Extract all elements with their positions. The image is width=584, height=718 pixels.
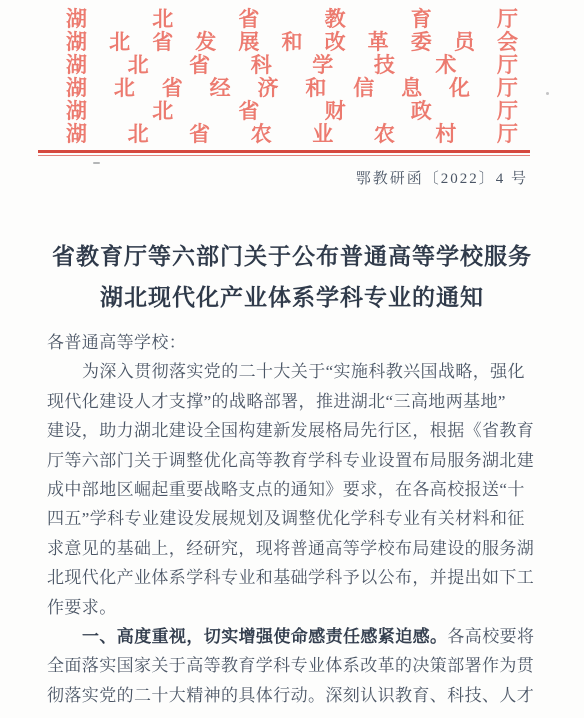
letterhead-char: 员 <box>454 31 475 54</box>
letterhead-char: 科 <box>251 54 272 77</box>
letterhead-char: 农 <box>374 123 395 146</box>
letterhead-char: 和 <box>281 31 302 54</box>
red-divider-thin <box>38 155 530 156</box>
letterhead-char: 省 <box>238 8 259 31</box>
body-line: 现代化建设人才支撑”的战略部署，推进湖北“三高地两基地” <box>47 387 537 416</box>
body-line: 作要求。 <box>47 593 537 622</box>
body-text: 作要求。 <box>47 598 117 617</box>
letterhead-char: 北 <box>114 77 135 100</box>
body-text: 成中部地区崛起重要战略支点的通知》要求，在各高校报送“十 <box>47 480 525 499</box>
body-text: 各普通高等学校： <box>47 333 186 352</box>
letterhead-char: 湖 <box>66 77 87 100</box>
letterhead-char: 湖 <box>66 54 87 77</box>
letterhead-char: 北 <box>128 54 149 77</box>
letterhead-char: 革 <box>368 31 389 54</box>
letterhead-char: 厅 <box>497 54 518 77</box>
letterhead-char: 湖 <box>66 100 87 123</box>
letterhead-char: 教 <box>325 8 346 31</box>
body-line: 北现代化产业体系学科专业和基础学科予以公布，并提出如下工 <box>47 563 537 592</box>
letterhead-char: 委 <box>411 31 432 54</box>
letterhead-char: 育 <box>411 8 432 31</box>
letterhead-char: 农 <box>251 123 272 146</box>
letterhead-agency-line: 湖北省教育厅 <box>66 8 518 31</box>
scanned-document-page: 湖北省教育厅湖北省发展和改革委员会湖北省科学技术厅湖北省经济和信息化厅湖北省财政… <box>0 0 584 718</box>
body-line: 求意见的基础上，经研究，现将普通高等学校布局建设的服务湖 <box>47 534 537 563</box>
body-line: 彻落实党的二十大精神的具体行动。深刻认识教育、科技、人才 <box>47 681 537 710</box>
scan-speck <box>546 92 549 95</box>
letterhead-char: 业 <box>312 123 333 146</box>
letterhead-agency-line: 湖北省发展和改革委员会 <box>66 31 518 54</box>
letterhead-char: 省 <box>189 54 210 77</box>
body-text: 建设，助力湖北建设全国构建新发展格局先行区，根据《省教育 <box>47 421 534 440</box>
document-body: 各普通高等学校：为深入贯彻落实党的二十大关于“实施科教兴国战略，强化现代化建设人… <box>47 328 537 710</box>
letterhead-char: 政 <box>411 100 432 123</box>
body-text: 厅等六部门关于调整优化高等教育学科专业设置布局服务湖北建 <box>47 451 534 470</box>
letterhead: 湖北省教育厅湖北省发展和改革委员会湖北省科学技术厅湖北省经济和信息化厅湖北省财政… <box>66 0 518 146</box>
letterhead-char: 湖 <box>66 31 87 54</box>
letterhead-char: 济 <box>258 77 279 100</box>
letterhead-char: 湖 <box>66 8 87 31</box>
letterhead-char: 改 <box>325 31 346 54</box>
letterhead-char: 和 <box>305 77 326 100</box>
body-line: 各普通高等学校： <box>47 328 537 357</box>
document-title-line-2: 湖北现代化产业体系学科专业的通知 <box>0 277 584 318</box>
letterhead-char: 村 <box>435 123 456 146</box>
letterhead-agency-line: 湖北省科学技术厅 <box>66 54 518 77</box>
letterhead-char: 术 <box>435 54 456 77</box>
body-text: 彻落实党的二十大精神的具体行动。深刻认识教育、科技、人才 <box>47 686 534 705</box>
body-text: 四五”学科专业建设发展规划及调整优化学科专业有关材料和征 <box>47 509 525 528</box>
letterhead-agency-line: 湖北省农业农村厅 <box>66 123 518 146</box>
body-text: 全面落实国家关于高等教育学科专业体系改革的决策部署作为贯 <box>47 656 534 675</box>
letterhead-char: 学 <box>312 54 333 77</box>
red-divider-line <box>38 150 530 156</box>
document-title: 省教育厅等六部门关于公布普通高等学校服务 湖北现代化产业体系学科专业的通知 <box>0 236 584 318</box>
letterhead-char: 财 <box>325 100 346 123</box>
letterhead-char: 北 <box>128 123 149 146</box>
letterhead-char: 厅 <box>497 77 518 100</box>
letterhead-char: 经 <box>210 77 231 100</box>
body-text: 北现代化产业体系学科专业和基础学科予以公布，并提出如下工 <box>47 568 534 587</box>
letterhead-char: 技 <box>374 54 395 77</box>
scan-speck <box>93 162 100 164</box>
body-line: 厅等六部门关于调整优化高等教育学科专业设置布局服务湖北建 <box>47 446 537 475</box>
body-line: 成中部地区崛起重要战略支点的通知》要求，在各高校报送“十 <box>47 475 537 504</box>
letterhead-char: 展 <box>238 31 259 54</box>
letterhead-char: 北 <box>109 31 130 54</box>
letterhead-char: 北 <box>152 8 173 31</box>
letterhead-char: 省 <box>152 31 173 54</box>
body-line: 四五”学科专业建设发展规划及调整优化学科专业有关材料和征 <box>47 504 537 533</box>
letterhead-char: 省 <box>162 77 183 100</box>
letterhead-agency-line: 湖北省经济和信息化厅 <box>66 77 518 100</box>
letterhead-agency-line: 湖北省财政厅 <box>66 100 518 123</box>
letterhead-char: 省 <box>238 100 259 123</box>
body-text: 各高校要将 <box>447 627 534 646</box>
letterhead-char: 息 <box>401 77 422 100</box>
body-text: 求意见的基础上，经研究，现将普通高等学校布局建设的服务湖 <box>47 539 534 558</box>
letterhead-char: 北 <box>152 100 173 123</box>
letterhead-char: 信 <box>353 77 374 100</box>
letterhead-char: 会 <box>497 31 518 54</box>
body-line: 建设，助力湖北建设全国构建新发展格局先行区，根据《省教育 <box>47 416 537 445</box>
letterhead-char: 化 <box>449 77 470 100</box>
body-line: 全面落实国家关于高等教育学科专业体系改革的决策部署作为贯 <box>47 651 537 680</box>
document-title-line-1: 省教育厅等六部门关于公布普通高等学校服务 <box>0 236 584 277</box>
document-number: 鄂教研函〔2022〕4 号 <box>0 169 584 189</box>
letterhead-char: 发 <box>195 31 216 54</box>
letterhead-char: 湖 <box>66 123 87 146</box>
letterhead-char: 省 <box>189 123 210 146</box>
bold-emphasis: 一、高度重视，切实增强使命感责任感紧迫感。 <box>82 627 447 646</box>
letterhead-char: 厅 <box>497 8 518 31</box>
body-text: 现代化建设人才支撑”的战略部署，推进湖北“三高地两基地” <box>47 392 506 411</box>
body-line: 为深入贯彻落实党的二十大关于“实施科教兴国战略，强化 <box>47 357 537 386</box>
body-line: 一、高度重视，切实增强使命感责任感紧迫感。各高校要将 <box>47 622 537 651</box>
body-text: 为深入贯彻落实党的二十大关于“实施科教兴国战略，强化 <box>82 362 525 381</box>
letterhead-char: 厅 <box>497 100 518 123</box>
letterhead-char: 厅 <box>497 123 518 146</box>
